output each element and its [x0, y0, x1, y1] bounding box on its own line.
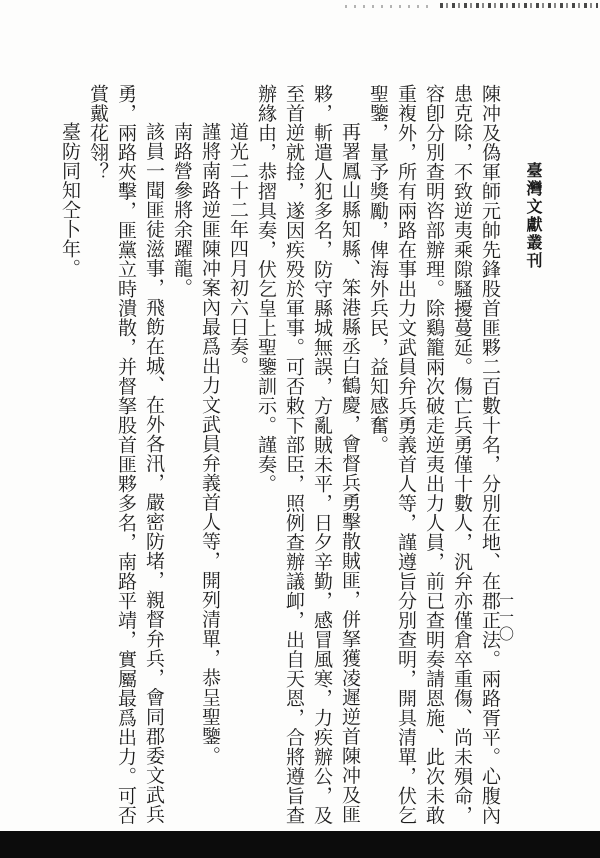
scan-bar-bottom [0, 831, 600, 858]
text-column-14: 勇，兩路夾擊，匪黨立時潰散，并督拏股首匪夥多名，南路平靖，實屬最爲出力。可否 [111, 84, 139, 832]
text-column-2: 患克除，不致逆夷乘隙騷擾蔓延。傷亡兵勇僅十數人，汎弁亦僅倉卒重傷、尚未殞命， [447, 84, 475, 832]
text-column-11: 謹將南路逆匪陳冲案內最爲出力文武員弁義首人等，開列清單，恭呈聖鑒。 [195, 84, 223, 832]
text-column-7: 夥，斬遣人犯多名，防守縣城無誤，方亂賊未平，日夕辛勤，感冒風寒，力疾辦公，及 [307, 84, 335, 832]
text-column-9: 辦緣由，恭摺具奏，伏乞皇上聖鑒訓示。謹奏。 [251, 84, 279, 832]
text-column-12: 南路營參將余躍龍。 [167, 84, 195, 832]
text-column-13: 該員一聞匪徒滋事，飛飭在城、在外各汛，嚴密防堵，親督弁兵，會同郡委文武兵 [139, 84, 167, 832]
text-column-8: 至首逆就捦，遂因疾殁於軍事。可否敕下部臣，照例查辦議卹，出自天恩，合將遵旨查 [279, 84, 307, 832]
text-column-5: 聖鑒，量予獎勵，俾海外兵民，益知感奮。 [363, 84, 391, 832]
scan-noise-top-faint [345, 5, 435, 8]
text-column-3: 容卽分別查明咨部辦理。除鷄籠兩次破走逆夷出力人員，前已查明奏請恩施、此次未敢 [419, 84, 447, 832]
text-column-6: 再署鳳山縣知縣、笨港縣丞白鶴慶，會督兵勇擊散賊匪，併拏獲凌遲逆首陳冲及匪 [335, 84, 363, 832]
text-column-15: 賞戴花翎？ [83, 84, 111, 832]
scanned-page: 臺灣文獻叢刊 一一〇 陳冲及偽軍師元帥先鋒股首匪夥二百數十名，分別在地、在郡正法… [0, 0, 600, 858]
text-column-4: 重複外，所有兩路在事出力文武員弁兵勇義首人等，謹遵旨分別查明，開具清單，伏乞 [391, 84, 419, 832]
text-column-1: 陳冲及偽軍師元帥先鋒股首匪夥二百數十名，分別在地、在郡正法。兩路胥平。心腹內 [475, 84, 503, 832]
text-column-16: 臺防同知仝卜年。 [55, 84, 83, 832]
text-column-10: 道光二十二年四月初六日奏。 [223, 84, 251, 832]
memorial-text-block: 陳冲及偽軍師元帥先鋒股首匪夥二百數十名，分別在地、在郡正法。兩路胥平。心腹內 患… [55, 84, 503, 832]
journal-title: 臺灣文獻叢刊 [521, 162, 544, 270]
scan-noise-top [440, 3, 598, 8]
